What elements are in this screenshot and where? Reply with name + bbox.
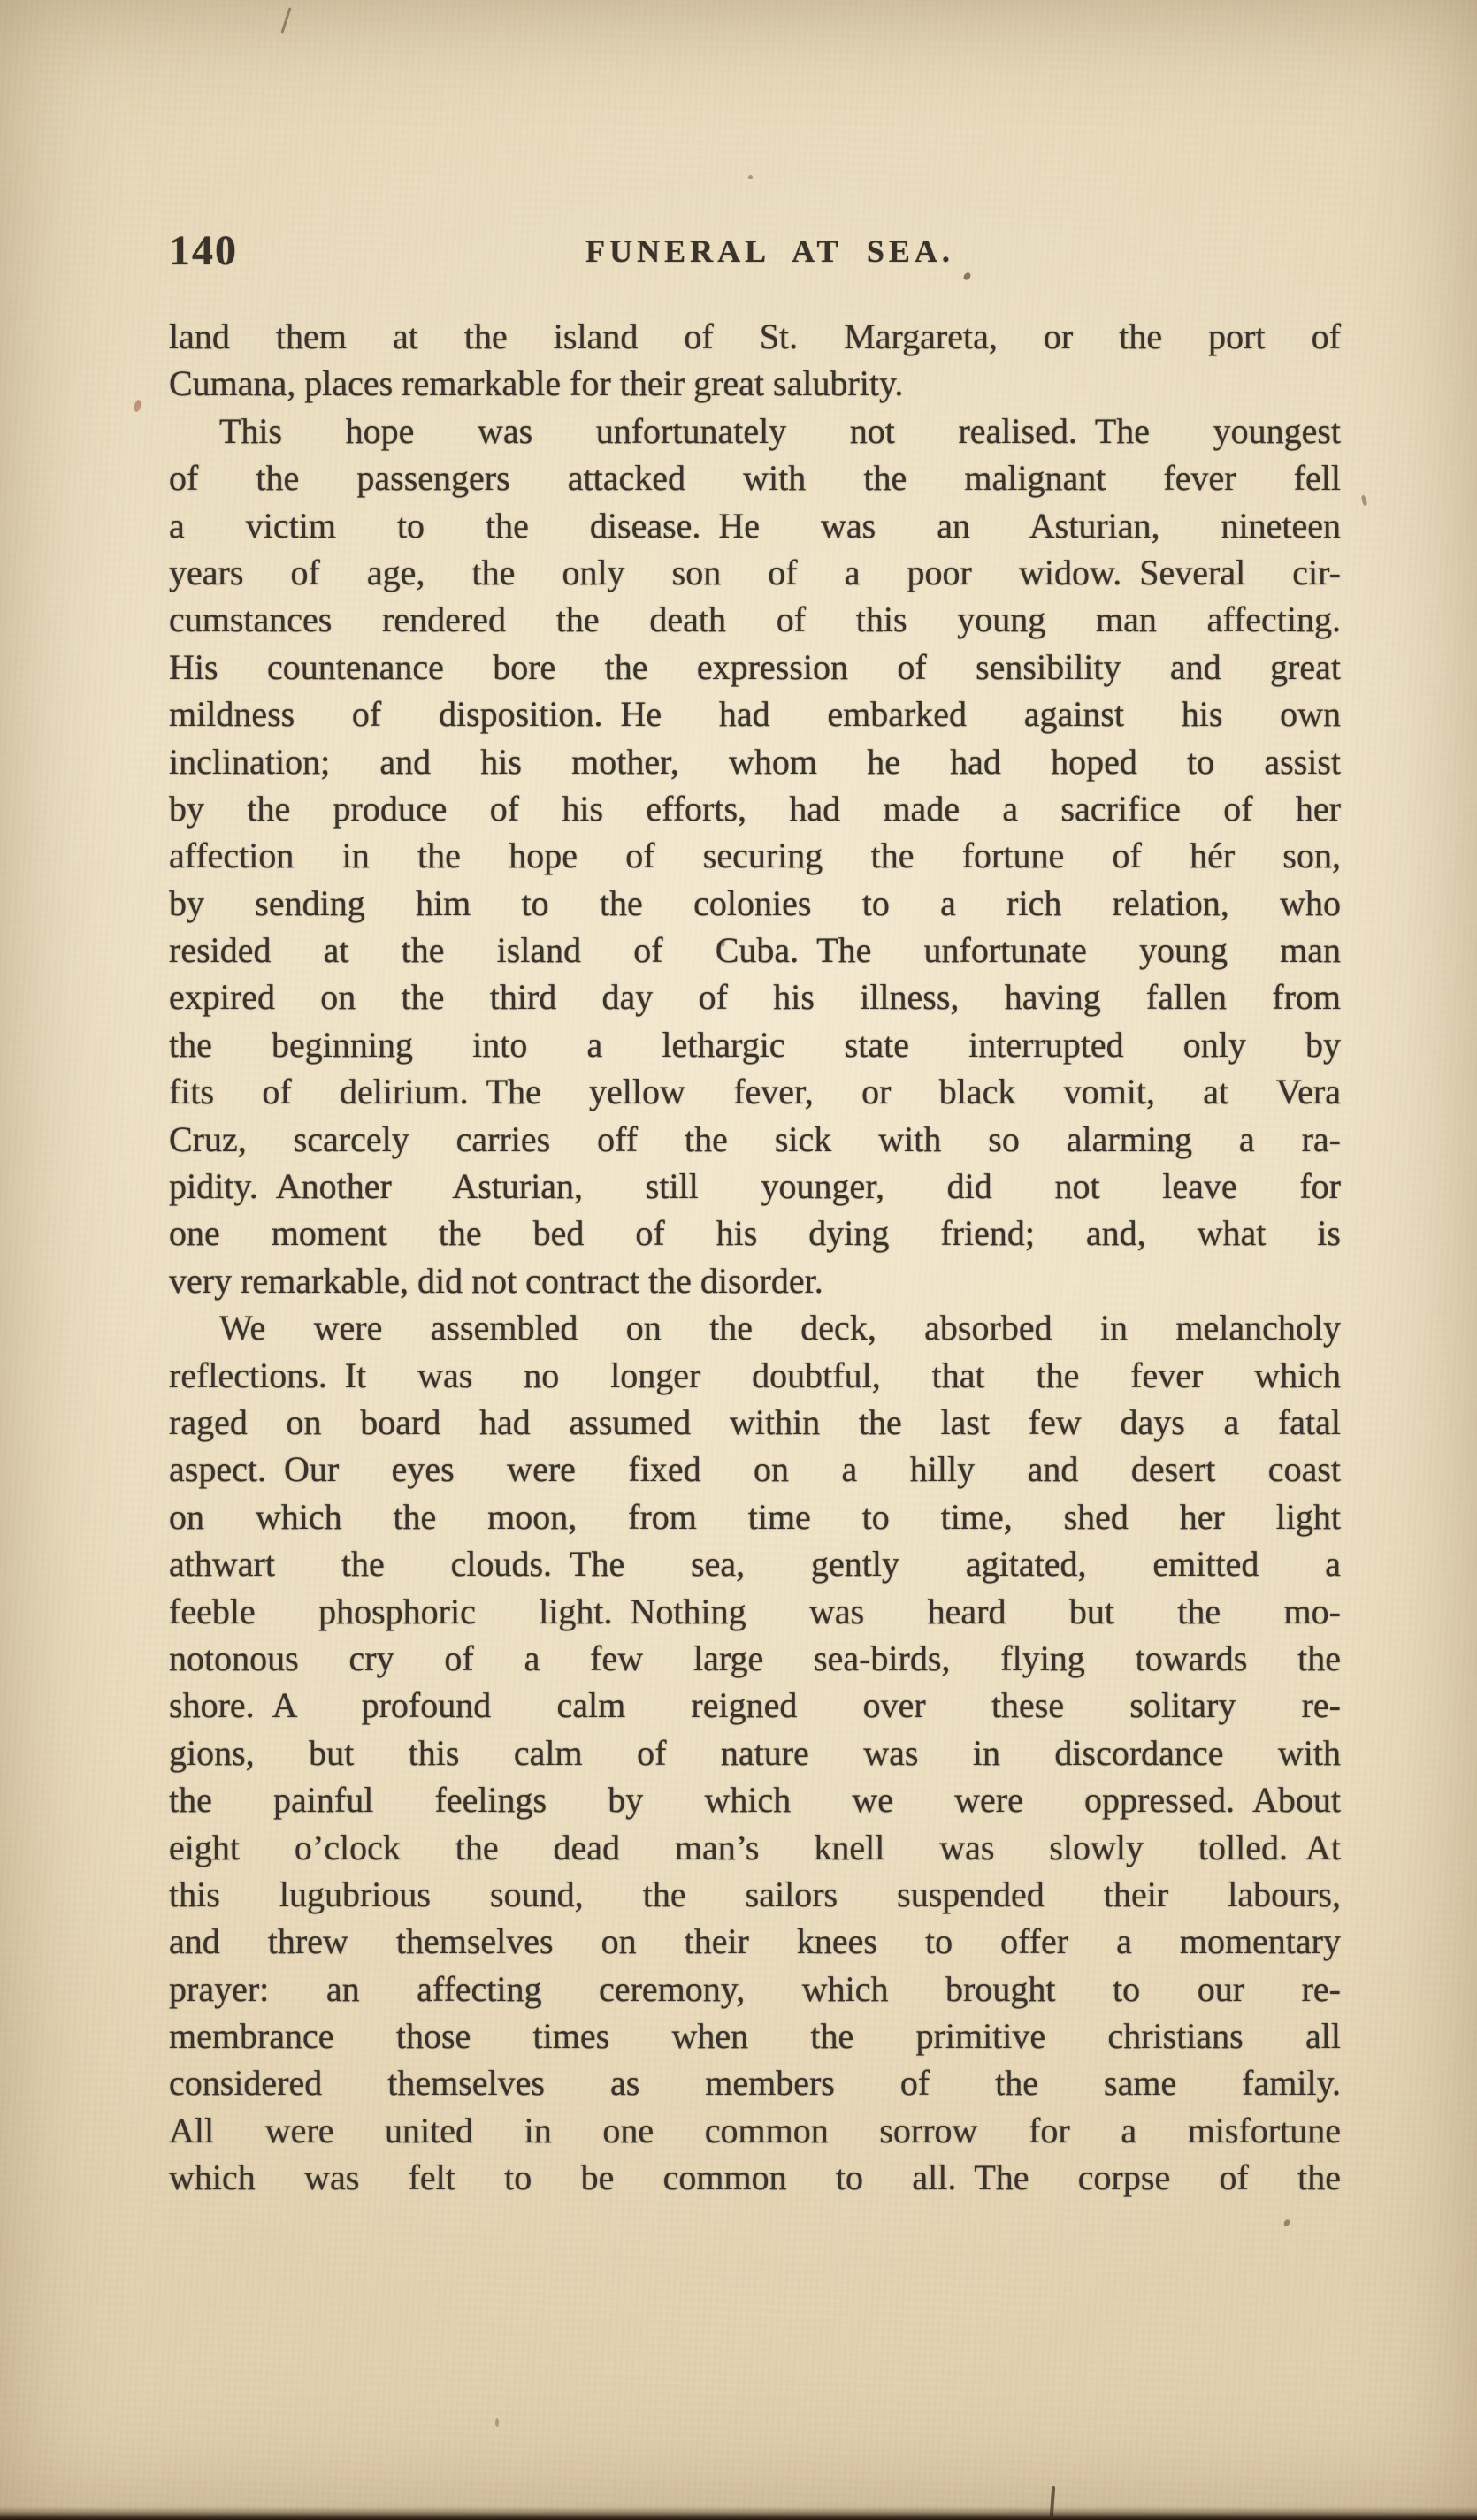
text-line: of the passengers attacked with the mali… [169, 454, 1341, 501]
text-line: years of age, the only son of a poor wid… [169, 549, 1341, 596]
running-title: FUNERAL AT SEA. [169, 226, 1341, 270]
text-line: very remarkable, did not contract the di… [169, 1257, 1341, 1304]
text-line: We were assembled on the deck, absorbed … [169, 1304, 1341, 1351]
page-number: 140 [169, 226, 238, 275]
paper-speck [134, 399, 142, 412]
text-line: this lugubrious sound, the sailors suspe… [169, 1871, 1341, 1918]
paper-speck [280, 7, 291, 33]
text-line: cumstances rendered the death of this yo… [169, 596, 1341, 643]
text-line: the painful feelings by which we were op… [169, 1776, 1341, 1823]
text-line: athwart the clouds. The sea, gently agit… [169, 1540, 1341, 1587]
text-line: on which the moon, from time to time, sh… [169, 1493, 1341, 1540]
text-line: one moment the bed of his dying friend; … [169, 1210, 1341, 1256]
paper-speck [1282, 2218, 1290, 2227]
text-line: His countenance bore the expression of s… [169, 644, 1341, 691]
text-line: inclination; and his mother, whom he had… [169, 738, 1341, 785]
body-text: land them at the island of St. Margareta… [169, 313, 1341, 2202]
text-line: by sending him to the colonies to a rich… [169, 880, 1341, 927]
paper-speck [495, 2418, 499, 2427]
text-line: and threw themselves on their knees to o… [169, 1918, 1341, 1965]
text-line: a victim to the disease. He was an Astur… [169, 502, 1341, 549]
text-line: considered themselves as members of the … [169, 2059, 1341, 2106]
text-line: eight o’clock the dead man’s knell was s… [169, 1824, 1341, 1871]
paper-speck [1361, 495, 1368, 507]
scan-bottom-edge [0, 2506, 1477, 2520]
text-line: by the produce of his efforts, had made … [169, 785, 1341, 832]
text-line: All were united in one common sorrow for… [169, 2107, 1341, 2154]
text-line: affection in the hope of securing the fo… [169, 832, 1341, 879]
text-line: notonous cry of a few large sea-birds, f… [169, 1635, 1341, 1682]
running-head: 140 FUNERAL AT SEA. [169, 226, 1341, 283]
text-line: membrance those times when the primitive… [169, 2012, 1341, 2059]
text-line: reflections. It was no longer doubtful, … [169, 1352, 1341, 1399]
text-line: fits of delirium. The yellow fever, or b… [169, 1068, 1341, 1115]
text-line: feeble phosphoric light. Nothing was hea… [169, 1588, 1341, 1635]
text-line: land them at the island of St. Margareta… [169, 313, 1341, 360]
text-line: which was felt to be common to all. The … [169, 2154, 1341, 2201]
text-line: Cruz, scarcely carries off the sick with… [169, 1116, 1341, 1163]
text-line: the beginning into a lethargic state int… [169, 1021, 1341, 1068]
paper-speck [748, 175, 753, 179]
text-line: Cumana, places remarkable for their grea… [169, 360, 1341, 407]
text-line: gions, but this calm of nature was in di… [169, 1730, 1341, 1776]
text-line: shore. A profound calm reigned over thes… [169, 1682, 1341, 1729]
text-line: expired on the third day of his illness,… [169, 974, 1341, 1020]
text-line: mildness of disposition. He had embarked… [169, 691, 1341, 737]
text-line: resided at the island of Cuba. The unfor… [169, 927, 1341, 974]
book-page-scan: 140 FUNERAL AT SEA. land them at the isl… [0, 0, 1477, 2520]
text-line: pidity. Another Asturian, still younger,… [169, 1163, 1341, 1210]
text-line: aspect. Our eyes were fixed on a hilly a… [169, 1446, 1341, 1493]
text-line: raged on board had assumed within the la… [169, 1399, 1341, 1446]
text-line: prayer: an affecting ceremony, which bro… [169, 1966, 1341, 2012]
text-line: This hope was unfortunately not realised… [169, 408, 1341, 454]
